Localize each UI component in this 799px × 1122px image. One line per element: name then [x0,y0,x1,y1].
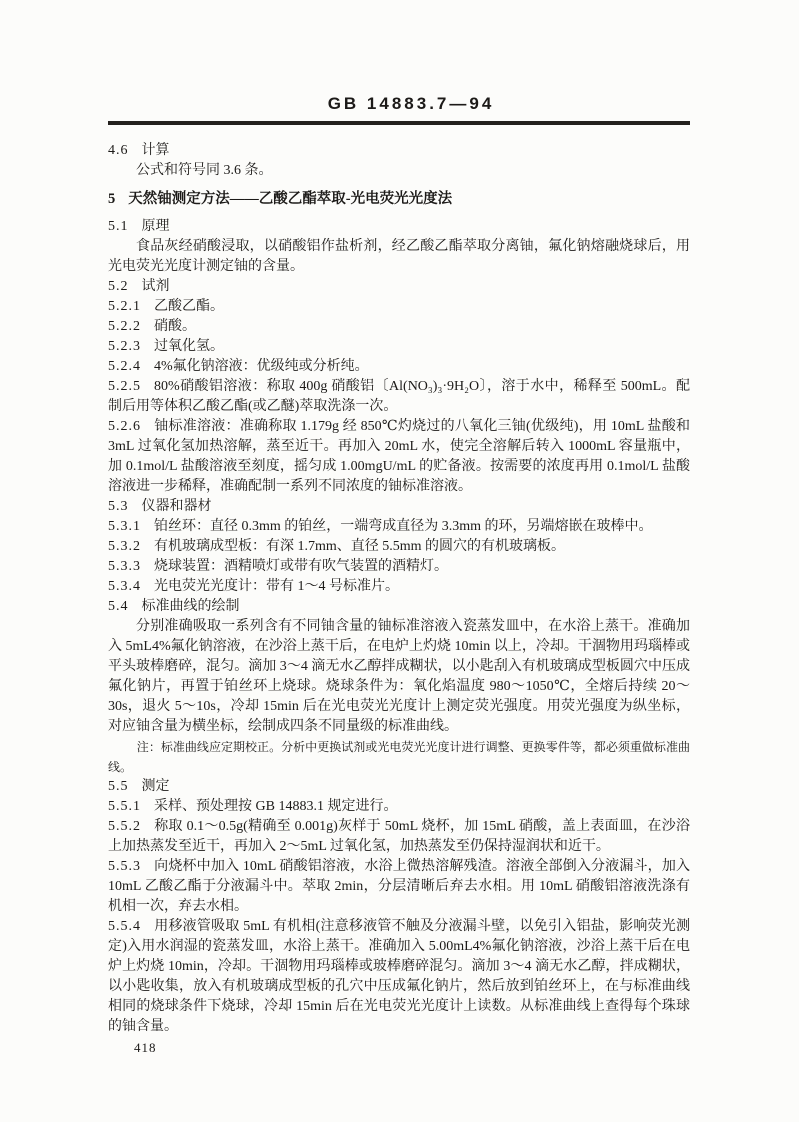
clause-text: 计算 [142,143,170,158]
clause-number: 5.3.1 [108,517,141,537]
clause-number: 5.2.2 [108,317,141,337]
clause-5-2-2: 5.2.2硝酸。 [108,317,690,337]
clause-number: 5.5.4 [108,917,141,937]
note-standard-curve: 注：标准曲线应定期校正。分析中更换试剂或光电荧光光度计进行调整、更换零件等，都必… [108,737,690,777]
clause-number: 4.6 [108,141,129,161]
clause-text: 称取 0.1～0.5g(精确至 0.001g)灰样于 50mL 烧杯，加 15m… [108,819,690,854]
clause-number: 5.2 [108,277,129,297]
clause-number: 5.5 [108,777,129,797]
clause-text: 标准曲线的绘制 [142,599,240,614]
document-page: GB 14883.7—94 4.6计算 公式和符号同 3.6 条。 5天然铀测定… [0,0,799,1122]
clause-5-3-1: 5.3.1铂丝环：直径 0.3mm 的铂丝，一端弯成直径为 3.3mm 的环，另… [108,517,690,537]
clause-text: 80%硝酸铝溶液：称取 400g 硝酸铝〔Al(NO₃)₃·9H₂O〕，溶于水中… [108,379,690,414]
header-rule [108,121,690,125]
clause-text: 光电荧光光度计：带有 1～4 号标准片。 [154,579,399,594]
clause-text: 用移液管吸取 5mL 有机相(注意移液管不触及分液漏斗壁，以免引入铝盐，影响荧光… [108,919,690,1034]
clause-5-5-4: 5.5.4用移液管吸取 5mL 有机相(注意移液管不触及分液漏斗壁，以免引入铝盐… [108,917,690,1037]
clause-text: 烧球装置：酒精喷灯或带有吹气装置的酒精灯。 [154,559,448,574]
clause-number: 5.2.6 [108,417,141,437]
clause-5-5-2: 5.5.2称取 0.1～0.5g(精确至 0.001g)灰样于 50mL 烧杯，… [108,817,690,857]
section-5-heading: 5天然铀测定方法——乙酸乙酯萃取-光电荧光光度法 [108,189,690,209]
clause-text: 过氧化氢。 [154,339,224,354]
clause-5-4: 5.4标准曲线的绘制 [108,597,690,617]
clause-text: 硝酸。 [154,319,196,334]
clause-5-5-1: 5.5.1采样、预处理按 GB 14883.1 规定进行。 [108,797,690,817]
page-number: 418 [134,1040,157,1055]
page-header: GB 14883.7—94 [108,94,690,125]
clause-5-2-6: 5.2.6铀标准溶液：准确称取 1.179g 经 850℃灼烧过的八氧化三铀(优… [108,417,690,497]
clause-5-3-2: 5.3.2有机玻璃成型板：有深 1.7mm、直径 5.5mm 的圆穴的有机玻璃板… [108,537,690,557]
clause-number: 5.2.1 [108,297,141,317]
clause-text: 仪器和器材 [142,499,212,514]
clause-5-5: 5.5测定 [108,777,690,797]
clause-5-3-4: 5.3.4光电荧光光度计：带有 1～4 号标准片。 [108,577,690,597]
clause-text: 铂丝环：直径 0.3mm 的铂丝，一端弯成直径为 3.3mm 的环，另端熔嵌在玻… [154,519,653,534]
clause-text: 铀标准溶液：准确称取 1.179g 经 850℃灼烧过的八氧化三铀(优级纯)，用… [108,419,690,494]
clause-5-2-1: 5.2.1乙酸乙酯。 [108,297,690,317]
clause-5-1: 5.1原理 [108,217,690,237]
clause-text: 有机玻璃成型板：有深 1.7mm、直径 5.5mm 的圆穴的有机玻璃板。 [154,539,565,554]
standard-code: GB 14883.7—94 [328,94,495,114]
clause-text: 试剂 [142,279,170,294]
paragraph-5-1-principle: 食品灰经硝酸浸取，以硝酸铝作盐析剂，经乙酸乙酯萃取分离铀，氟化钠熔融烧球后，用光… [108,237,690,277]
clause-5-2: 5.2试剂 [108,277,690,297]
clause-text: 测定 [142,779,170,794]
clause-5-2-5: 5.2.580%硝酸铝溶液：称取 400g 硝酸铝〔Al(NO₃)₃·9H₂O〕… [108,377,690,417]
clause-number: 5.5.3 [108,857,141,877]
clause-text: 向烧杯中加入 10mL 硝酸铝溶液，水浴上微热溶解残渣。溶液全部倒入分液漏斗，加… [108,859,690,914]
clause-number: 5.5.1 [108,797,141,817]
clause-number: 5.1 [108,217,129,237]
clause-5-3: 5.3仪器和器材 [108,497,690,517]
clause-5-2-3: 5.2.3过氧化氢。 [108,337,690,357]
clause-number: 5.3.4 [108,577,141,597]
clause-4-6: 4.6计算 [108,141,690,161]
document-body: 4.6计算 公式和符号同 3.6 条。 5天然铀测定方法——乙酸乙酯萃取-光电荧… [108,141,690,1037]
section-title: 天然铀测定方法——乙酸乙酯萃取-光电荧光光度法 [128,191,452,207]
clause-number: 5.4 [108,597,129,617]
clause-text: 采样、预处理按 GB 14883.1 规定进行。 [154,799,397,814]
clause-number: 5.2.3 [108,337,141,357]
clause-5-3-3: 5.3.3烧球装置：酒精喷灯或带有吹气装置的酒精灯。 [108,557,690,577]
clause-number: 5.2.5 [108,377,141,397]
clause-number: 5.2.4 [108,357,141,377]
clause-text: 乙酸乙酯。 [154,299,224,314]
clause-5-2-4: 5.2.44%氟化钠溶液：优级纯或分析纯。 [108,357,690,377]
section-number: 5 [108,189,116,209]
clause-number: 5.3.3 [108,557,141,577]
clause-text: 原理 [142,219,170,234]
clause-number: 5.5.2 [108,817,141,837]
clause-number: 5.3.2 [108,537,141,557]
clause-text: 4%氟化钠溶液：优级纯或分析纯。 [154,359,369,374]
clause-number: 5.3 [108,497,129,517]
clause-5-5-3: 5.5.3向烧杯中加入 10mL 硝酸铝溶液，水浴上微热溶解残渣。溶液全部倒入分… [108,857,690,917]
paragraph-5-4-procedure: 分别准确吸取一系列含有不同铀含量的铀标准溶液入瓷蒸发皿中，在水浴上蒸干。准确加入… [108,617,690,737]
page-footer: 418 [134,1040,157,1056]
paragraph-4-6: 公式和符号同 3.6 条。 [108,161,690,181]
